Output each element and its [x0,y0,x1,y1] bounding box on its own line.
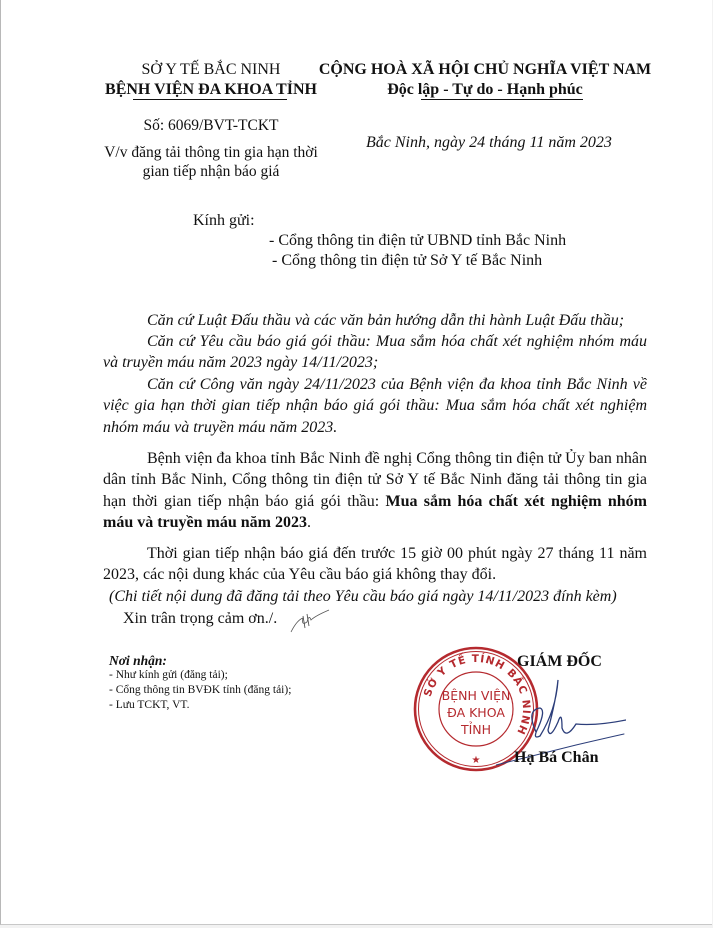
issuing-agency: SỞ Y TẾ BẮC NINH BỆNH VIỆN ĐA KHOA TỈNH [101,60,321,100]
recipient-item: - Cổng thông tin điện tử UBND tỉnh Bắc N… [269,232,566,250]
hospital-name: BỆNH VIỆN ĐA KHOA TỈNH [105,80,317,100]
national-motto: Độc lập - Tự do - Hạnh phúc [387,80,583,100]
distribution-list: Nơi nhận: - Như kính gửi (đăng tải); - C… [109,653,291,713]
document-subject: V/v đăng tải thông tin gia hạn thời gian… [101,143,321,181]
recipients-label: Kính gửi: [193,212,255,230]
stamp-text-3: TỈNH [460,721,491,737]
national-header: CỘNG HOÀ XÃ HỘI CHỦ NGHĨA VIỆT NAM Độc l… [316,60,654,100]
distribution-item: - Lưu TCKT, VT. [109,698,291,713]
legal-basis-2: Căn cứ Yêu cầu báo giá gói thầu: Mua sắm… [103,331,647,374]
document-number: Số: 6069/BVT-TCKT [101,117,321,135]
motto-underline [421,99,583,100]
country-name: CỘNG HOÀ XÃ HỘI CHỦ NGHĨA VIỆT NAM [316,60,654,80]
distribution-item: - Như kính gửi (đăng tải); [109,668,291,683]
legal-basis-1: Căn cứ Luật Đấu thầu và các văn bản hướn… [103,310,647,331]
recipient-item: - Cổng thông tin điện tử Sở Y tế Bắc Nin… [272,252,542,270]
department-name: SỞ Y TẾ BẮC NINH [101,60,321,80]
place-and-date: Bắc Ninh, ngày 24 tháng 11 năm 2023 [366,134,612,152]
signer-title: GIÁM ĐỐC [517,653,602,671]
distribution-title: Nơi nhận: [109,653,291,668]
document-page: SỞ Y TẾ BẮC NINH BỆNH VIỆN ĐA KHOA TỈNH … [0,0,712,925]
request-paragraph: Bệnh viện đa khoa tỉnh Bắc Ninh đề nghị … [103,448,647,533]
svg-text:★: ★ [472,755,481,766]
closing-thanks: Xin trân trọng cảm ơn./. [123,608,423,629]
initials-mark-icon [289,608,331,634]
signer-name: Hạ Bá Chân [514,749,598,767]
deadline-paragraph: Thời gian tiếp nhận báo giá đến trước 15… [103,543,647,586]
legal-basis-3: Căn cứ Công văn ngày 24/11/2023 của Bệnh… [103,374,647,438]
distribution-item: - Cổng thông tin BVĐK tỉnh (đăng tải); [109,683,291,698]
attachment-note: (Chi tiết nội dung đã đăng tải theo Yêu … [109,586,649,607]
hospital-underline [133,99,287,100]
